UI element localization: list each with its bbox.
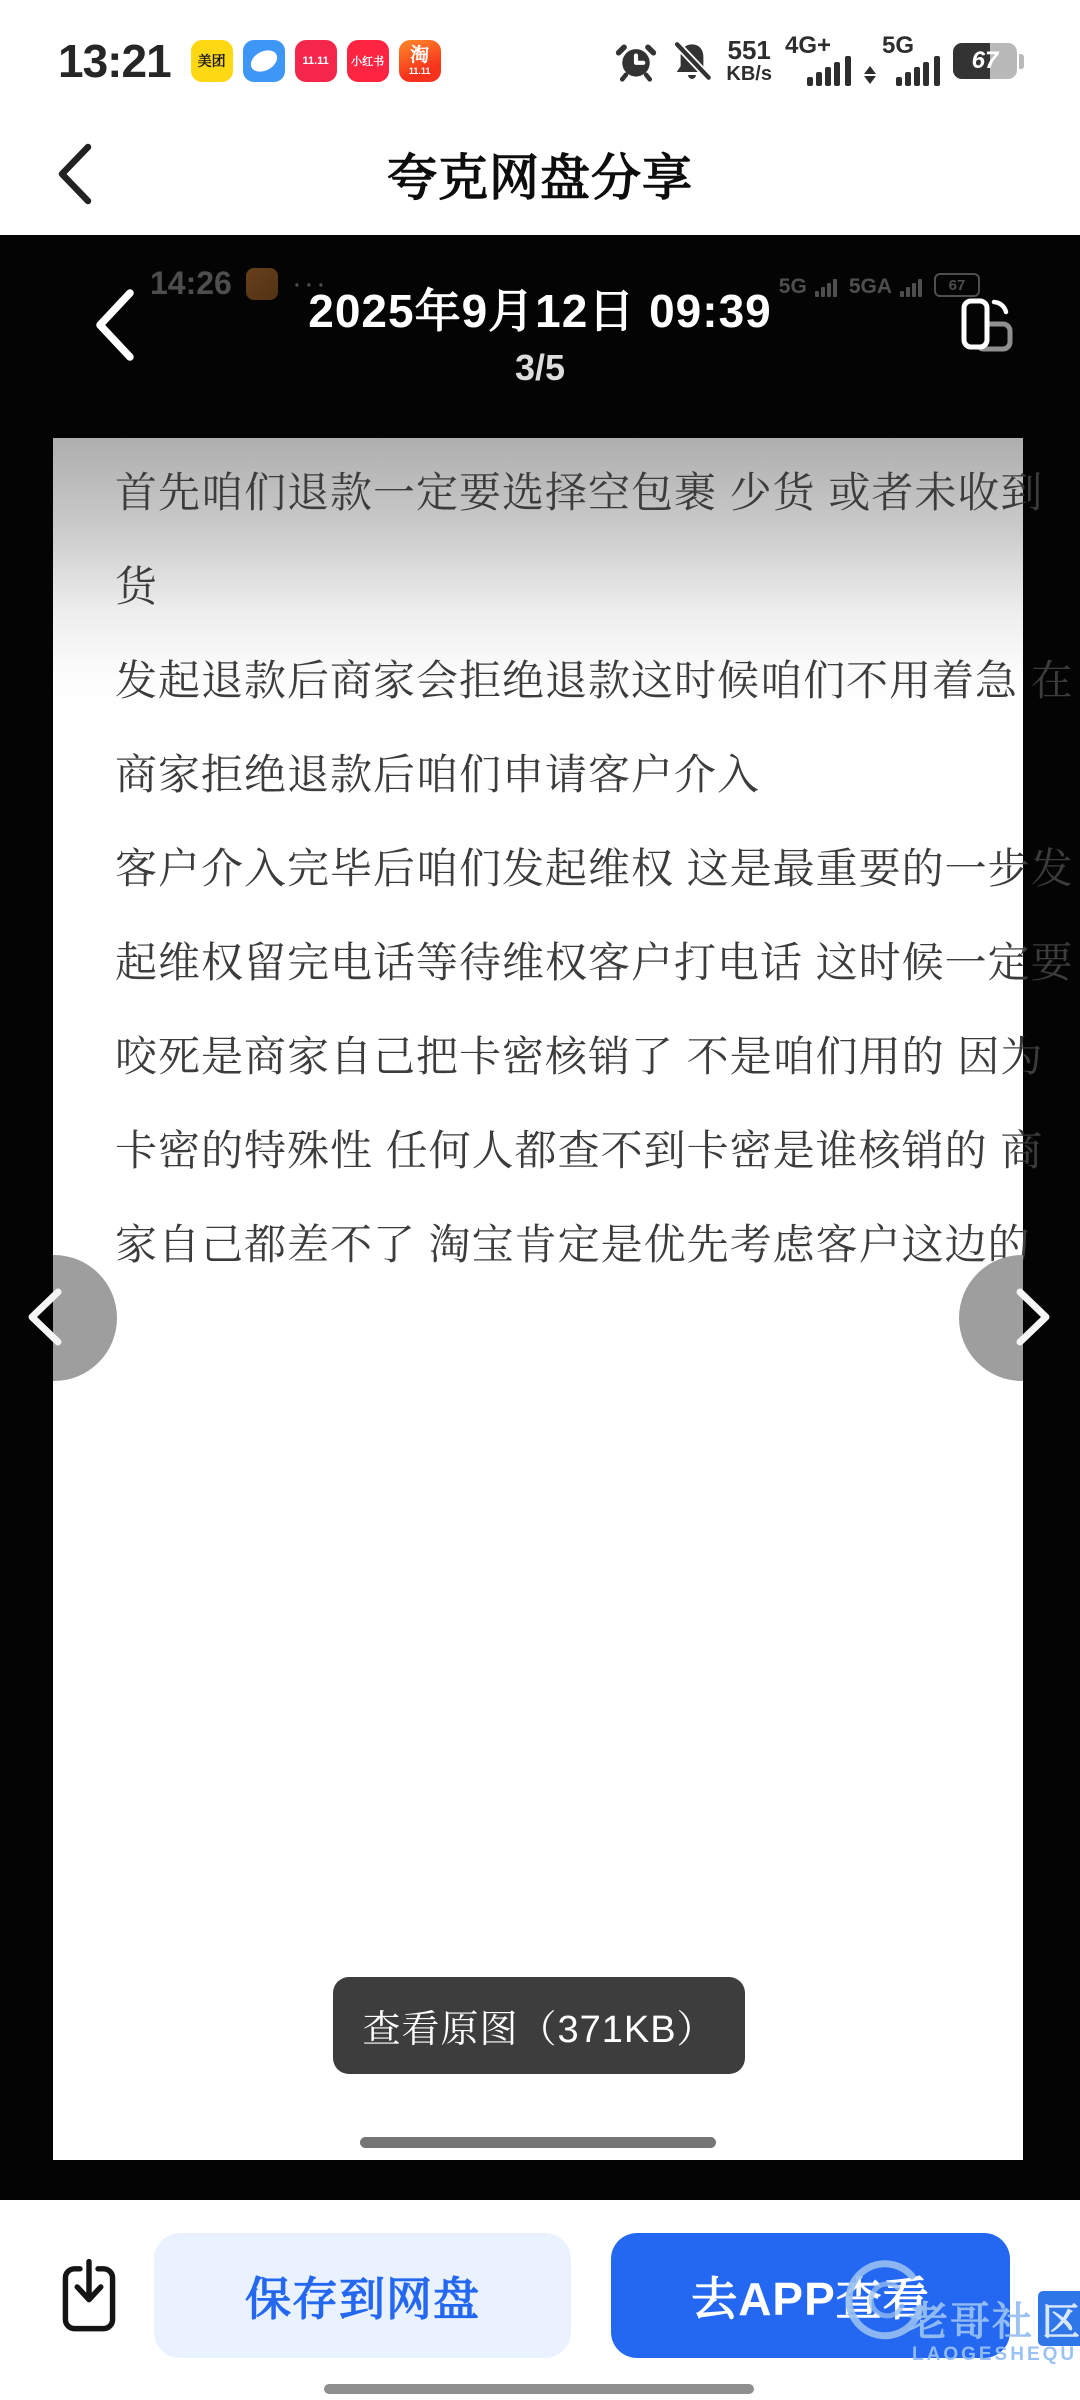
watermark-title-boxed: 区 — [1038, 2291, 1080, 2346]
battery-indicator: 67 — [953, 43, 1024, 79]
image-text-line: 发起退款后商家会拒绝退款这时候咱们不用着急 在 — [115, 634, 983, 728]
image-text-line: 客户介入完毕后咱们发起维权 这是最重要的一步发 — [115, 822, 983, 916]
back-icon[interactable] — [52, 142, 98, 206]
image-text-line: 家自己都差不了 淘宝肯定是优先考虑客户这边的 — [115, 1198, 983, 1292]
taobao-app-icon: 淘 11.11 — [399, 40, 441, 82]
quark-planet-glyph — [243, 40, 285, 82]
taobao-badge: 11.11 — [409, 66, 431, 76]
shopping-1111-app-icon: 11.11 — [295, 40, 337, 82]
open-in-app-button[interactable]: 去APP查看 — [611, 2233, 1010, 2358]
notification-app-icons: 美团 11.11 小红书 淘 11.11 — [191, 40, 441, 82]
image-text-line: 咬死是商家自己把卡密核销了 不是咱们用的 因为 — [115, 1010, 983, 1104]
bottom-action-bar: 保存到网盘 去APP查看 老哥社 区 LAOGESHEQU — [0, 2200, 1080, 2400]
taobao-label: 淘 — [410, 46, 429, 66]
image-text-content: 首先咱们退款一定要选择空包裹 少货 或者未收到 货 发起退款后商家会拒绝退款这时… — [53, 438, 1023, 1292]
xiaohongshu-label: 小红书 — [351, 53, 384, 69]
sim1-signal: 4G+ — [785, 32, 851, 90]
status-bar: 13:21 美团 11.11 小红书 淘 11.11 — [0, 0, 1080, 112]
battery-cap — [1019, 54, 1024, 69]
shopping-1111-label: 11.11 — [302, 55, 328, 67]
mute-bell-icon — [671, 40, 713, 82]
network-speed: 551 KB/s — [726, 37, 772, 86]
quark-app-icon — [243, 40, 285, 82]
xiaohongshu-app-icon: 小红书 — [347, 40, 389, 82]
app-nav-bar: 夸克网盘分享 — [0, 112, 1080, 235]
alarm-icon — [614, 39, 658, 83]
data-transfer-arrows — [864, 66, 876, 84]
shared-image[interactable]: 首先咱们退款一定要选择空包裹 少货 或者未收到 货 发起退款后商家会拒绝退款这时… — [53, 438, 1023, 2160]
meituan-app-icon: 美团 — [191, 40, 233, 82]
image-text-line: 首先咱们退款一定要选择空包裹 少货 或者未收到 — [115, 446, 983, 540]
chevron-left-icon[interactable] — [22, 1287, 68, 1347]
chevron-right-icon[interactable] — [1010, 1287, 1056, 1347]
battery-body: 67 — [953, 43, 1017, 79]
page-title: 夸克网盘分享 — [387, 138, 693, 210]
sim1-signal-bars — [807, 56, 851, 86]
image-text-line: 货 — [115, 540, 983, 634]
meituan-label: 美团 — [198, 54, 226, 69]
speed-unit: KB/s — [726, 63, 772, 86]
clock-time: 13:21 — [58, 34, 171, 88]
viewer-title: 2025年9月12日 09:39 — [0, 275, 1080, 341]
sim2-signal: 5G — [864, 32, 940, 90]
image-text-line: 商家拒绝退款后咱们申请客户介入 — [115, 728, 983, 822]
rotate-screen-icon[interactable] — [952, 293, 1018, 359]
download-icon[interactable] — [60, 2256, 118, 2336]
phone-screen: 13:21 美团 11.11 小红书 淘 11.11 — [0, 0, 1080, 2400]
battery-percent: 67 — [953, 43, 1017, 79]
image-text-line: 卡密的特殊性 任何人都查不到卡密是谁核销的 商 — [115, 1104, 983, 1198]
speed-value: 551 — [728, 37, 771, 63]
save-to-drive-button[interactable]: 保存到网盘 — [154, 2233, 571, 2358]
status-indicators: 551 KB/s 4G+ 5G 67 — [614, 32, 1024, 90]
image-text-line: 起维权留完电话等待维权客户打电话 这时候一定要 — [115, 916, 983, 1010]
home-indicator[interactable] — [324, 2384, 754, 2394]
image-viewer: 14:26 ··· 5G 5GA 67 2025年9月12日 09:39 3/5… — [0, 235, 1080, 2200]
view-original-button[interactable]: 查看原图（371KB） — [333, 1977, 745, 2074]
page-indicator: 3/5 — [0, 347, 1080, 389]
inner-home-indicator — [360, 2137, 716, 2148]
sim2-signal-bars — [896, 56, 940, 86]
